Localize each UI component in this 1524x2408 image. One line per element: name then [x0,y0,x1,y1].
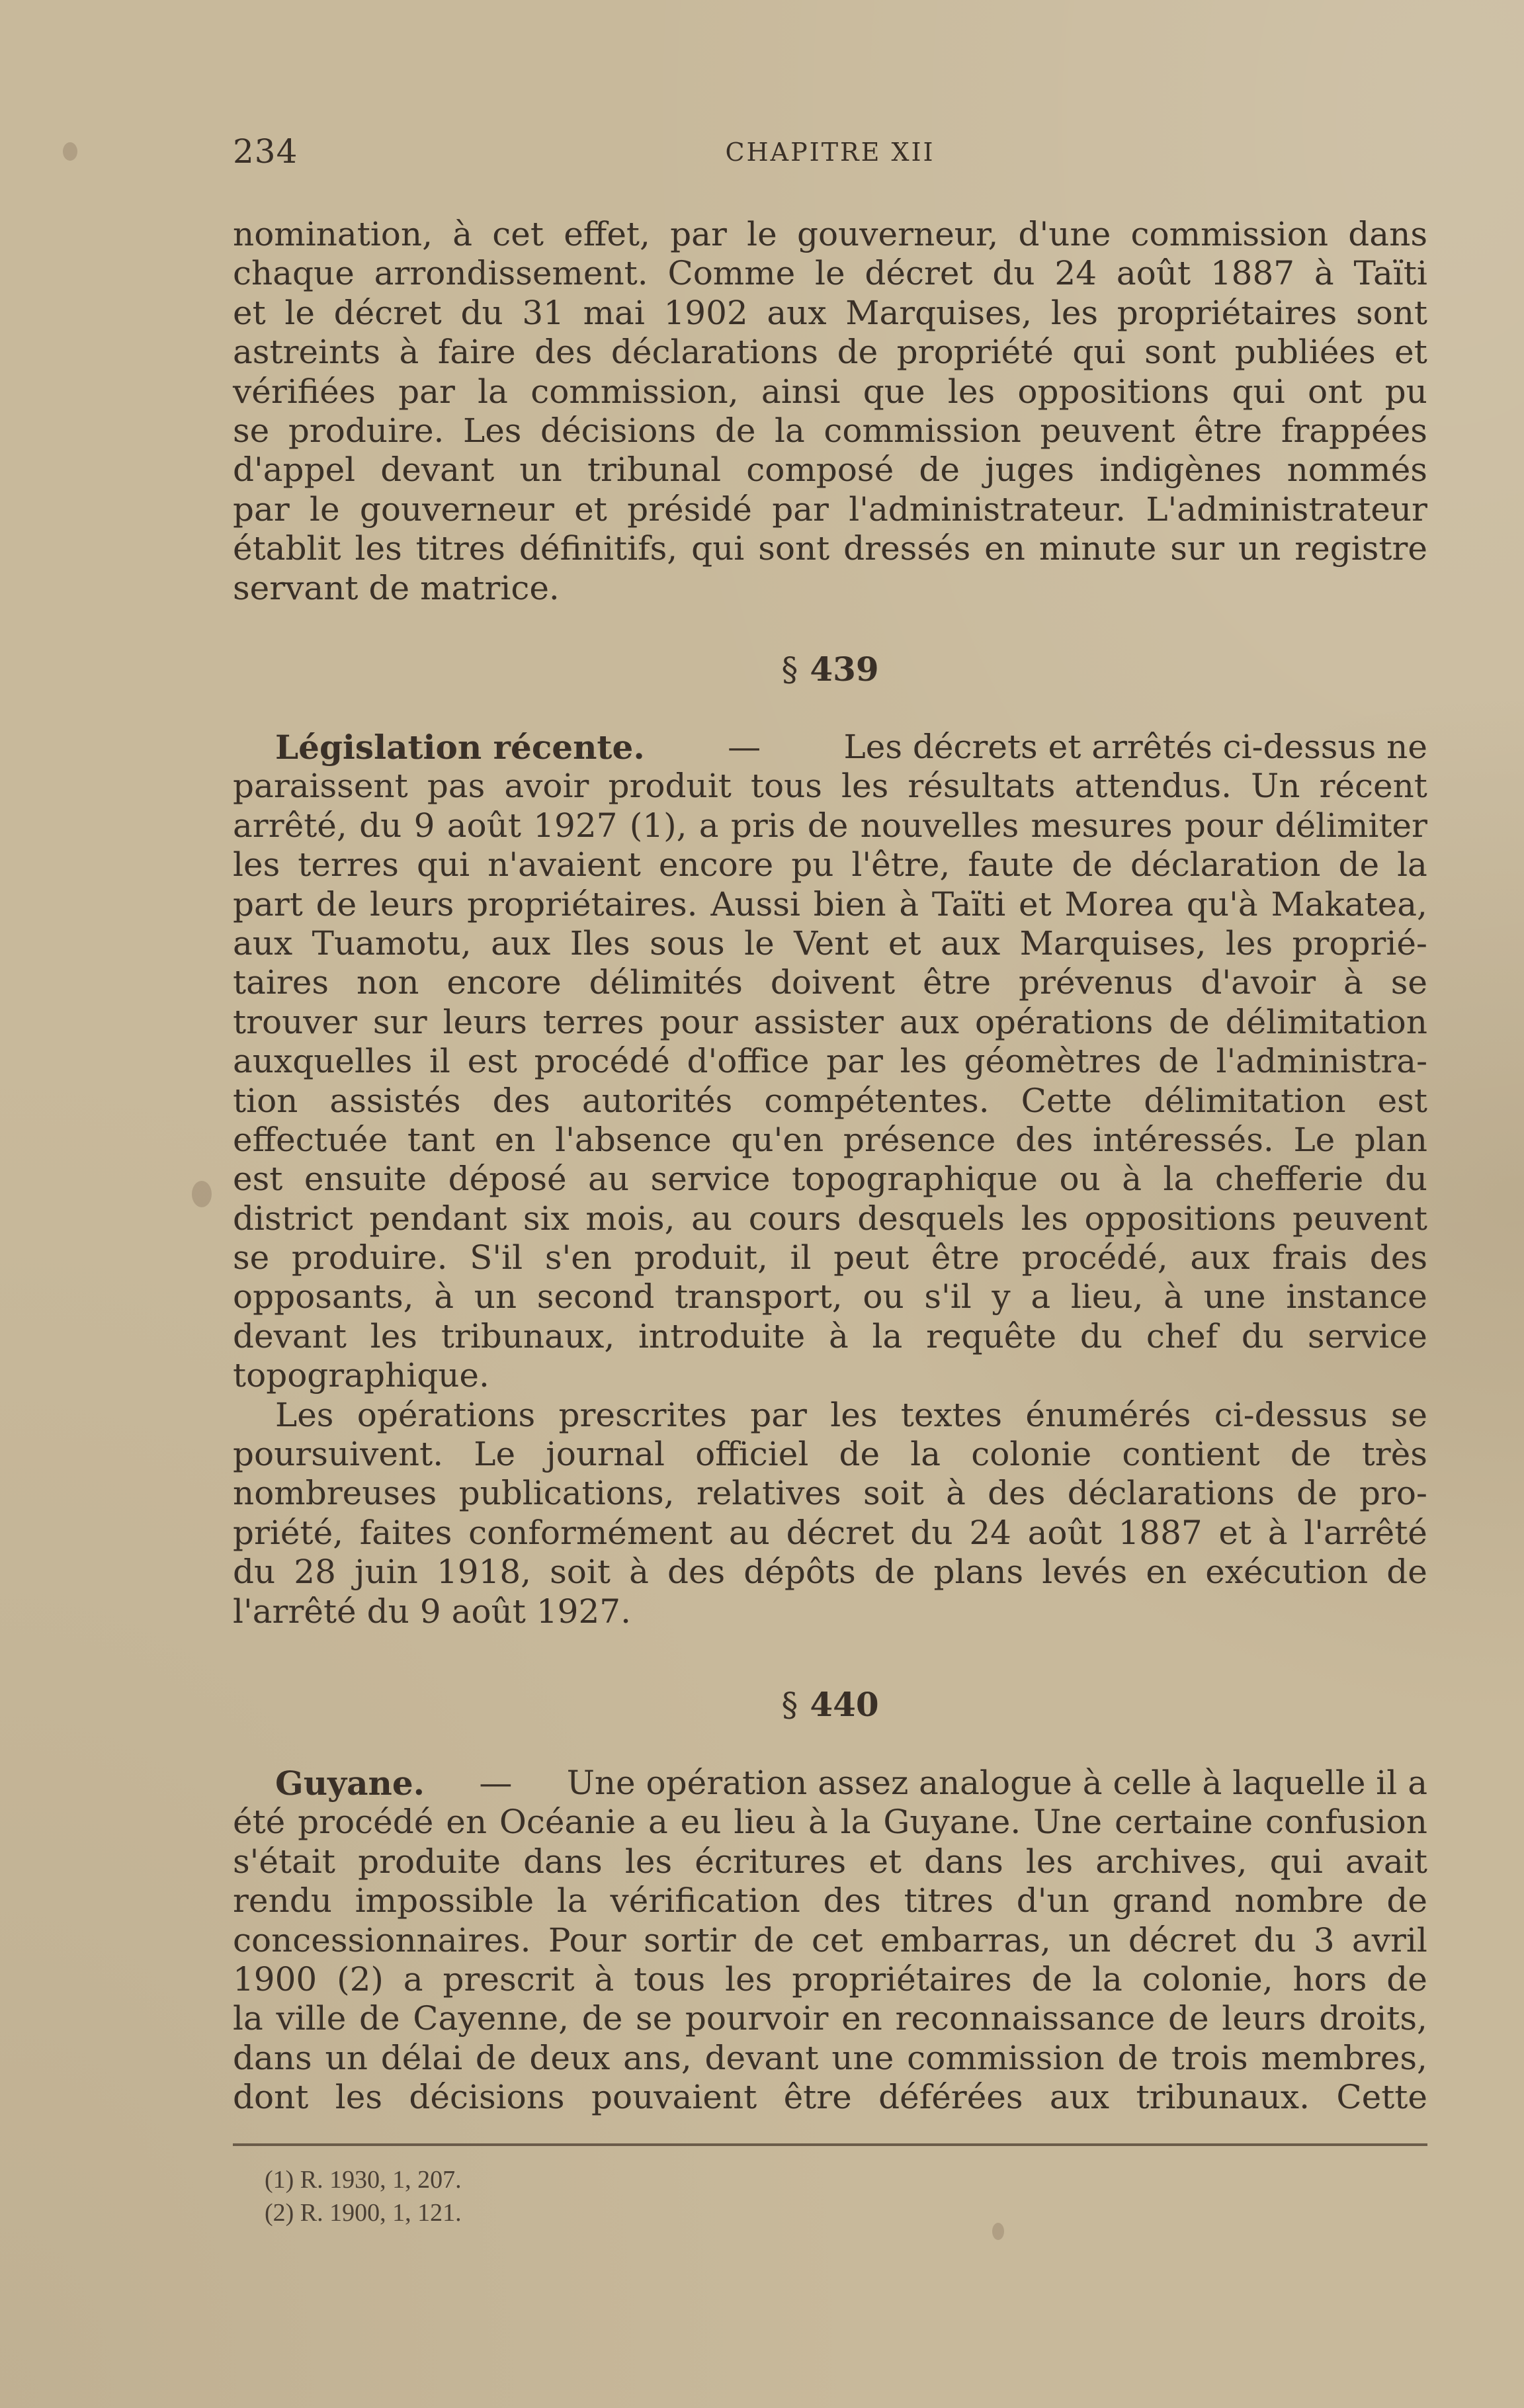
section-number: 439 [810,650,878,689]
section-title: Guyane. [275,1764,425,1803]
text-line: effectuéetantenl'absencequ'enprésencedes… [233,1121,1427,1160]
running-head: CHAPITRE XII [233,138,1427,167]
continuation-paragraph: nomination,àceteffet,parlegouverneur,d'u… [233,215,1427,608]
text-line: estensuitedéposéauservicetopographiqueou… [233,1160,1427,1199]
text-line: partdeleurspropriétaires.AussibienàTaïti… [233,885,1427,924]
text-line: chaquearrondissement.Commeledécretdu24ao… [233,254,1427,293]
paper-stain [63,142,77,161]
text-line: étéprocédéenOcéanieaeulieuàlaGuyane.Unec… [233,1803,1427,1842]
text-line: Lesopérationsprescritesparlestextesénumé… [233,1396,1427,1435]
footnote-1: (1) R. 1930, 1, 207. [265,2163,462,2196]
text-line: dansundélaidedeuxans,devantunecommission… [233,2039,1427,2078]
text-line: auxTuamotu,auxIlessousleVentetauxMarquis… [233,924,1427,963]
text-line: s'étaitproduitedanslesécrituresetdansles… [233,1842,1427,1881]
text-line: tairesnonencoredélimitésdoiventêtrepréve… [233,963,1427,1002]
text-line: paraissentpasavoirproduittouslesrésultat… [233,767,1427,806]
text-line: arrêté,du9août1927(1),aprisdenouvellesme… [233,806,1427,845]
text-line: nombreusespublications,relativessoitàdes… [233,1474,1427,1513]
section-439-body: Législation récente. — Les décrets et ar… [233,728,1427,1631]
text-line: opposants,àunsecondtransport,ous'ilyalie… [233,1277,1427,1316]
text-line: trouversurleursterrespourassisterauxopér… [233,1003,1427,1042]
text-run: Une opération assez analogue à celle à l… [567,1764,1427,1803]
lead-line: Législation récente. — Les décrets et ar… [233,728,1427,767]
text-line: poursuivent.Lejournalofficieldelacolonie… [233,1435,1427,1474]
footnote-rule [233,2143,1427,2146]
em-dash: — [479,1764,512,1803]
text-line: renduimpossiblelavérificationdestitresd'… [233,1881,1427,1920]
text-line: priété,faitesconformémentaudécretdu24aoû… [233,1514,1427,1553]
page-header: 234 CHAPITRE XII [233,132,1427,179]
text-line: topographique. [233,1356,1427,1395]
section-440-body: Guyane. — Une opération assez analogue à… [233,1764,1427,2118]
text-line: vérifiéesparlacommission,ainsiquelesoppo… [233,372,1427,411]
text-line: d'appeldevantuntribunalcomposédejugesind… [233,451,1427,490]
paper-stain [992,2223,1004,2240]
section-440-heading: §440 [233,1685,1427,1725]
footnotes: (1) R. 1930, 1, 207. (2) R. 1900, 1, 121… [265,2163,462,2229]
text-line: tionassistésdesautoritéscompétentes.Cett… [233,1082,1427,1121]
text-line: dontlesdécisionspouvaientêtredéféréesaux… [233,2078,1427,2117]
lead-line: Guyane. — Une opération assez analogue à… [233,1764,1427,1803]
text-line: districtpendantsixmois,aucoursdesquelsle… [233,1199,1427,1238]
text-line: etledécretdu31mai1902auxMarquises,lespro… [233,294,1427,333]
text-run: Les décrets et arrêtés ci-dessus ne [844,728,1427,767]
text-line: l'arrêtédu9août1927. [233,1592,1427,1631]
text-line: nomination,àceteffet,parlegouverneur,d'u… [233,215,1427,254]
text-line: auxquellesilestprocédéd'officeparlesgéom… [233,1042,1427,1081]
text-line: établitlestitresdéfinitifs,quisontdressé… [233,529,1427,568]
book-page: 234 CHAPITRE XII nomination,àceteffet,pa… [0,0,1524,2408]
section-439-heading: §439 [233,650,1427,689]
text-line: astreintsàfairedesdéclarationsdepropriét… [233,333,1427,372]
paper-stain [192,1181,212,1207]
footnote-2: (2) R. 1900, 1, 121. [265,2196,462,2229]
text-line: concessionnaires.Poursortirdecetembarras… [233,1921,1427,1960]
text-line: lesterresquin'avaientencorepul'être,faut… [233,845,1427,884]
section-symbol: § [781,650,798,689]
section-number: 440 [810,1685,878,1724]
text-line: servantdematrice. [233,569,1427,608]
text-line: parlegouverneuretprésidéparl'administrat… [233,490,1427,529]
text-line: du28juin1918,soitàdesdépôtsdeplanslevése… [233,1553,1427,1592]
section-title: Législation récente. [275,728,645,767]
text-line: lavilledeCayenne,desepourvoirenreconnais… [233,1999,1427,2038]
text-line: devantlestribunaux,introduiteàlarequêted… [233,1317,1427,1356]
section-symbol: § [781,1686,798,1724]
text-line: seproduire.Lesdécisionsdelacommissionpeu… [233,411,1427,451]
em-dash: — [728,728,761,767]
text-line: seproduire.S'ils'enproduit,ilpeutêtrepro… [233,1238,1427,1277]
text-line: 1900(2)aprescritàtouslespropriétairesdel… [233,1960,1427,1999]
